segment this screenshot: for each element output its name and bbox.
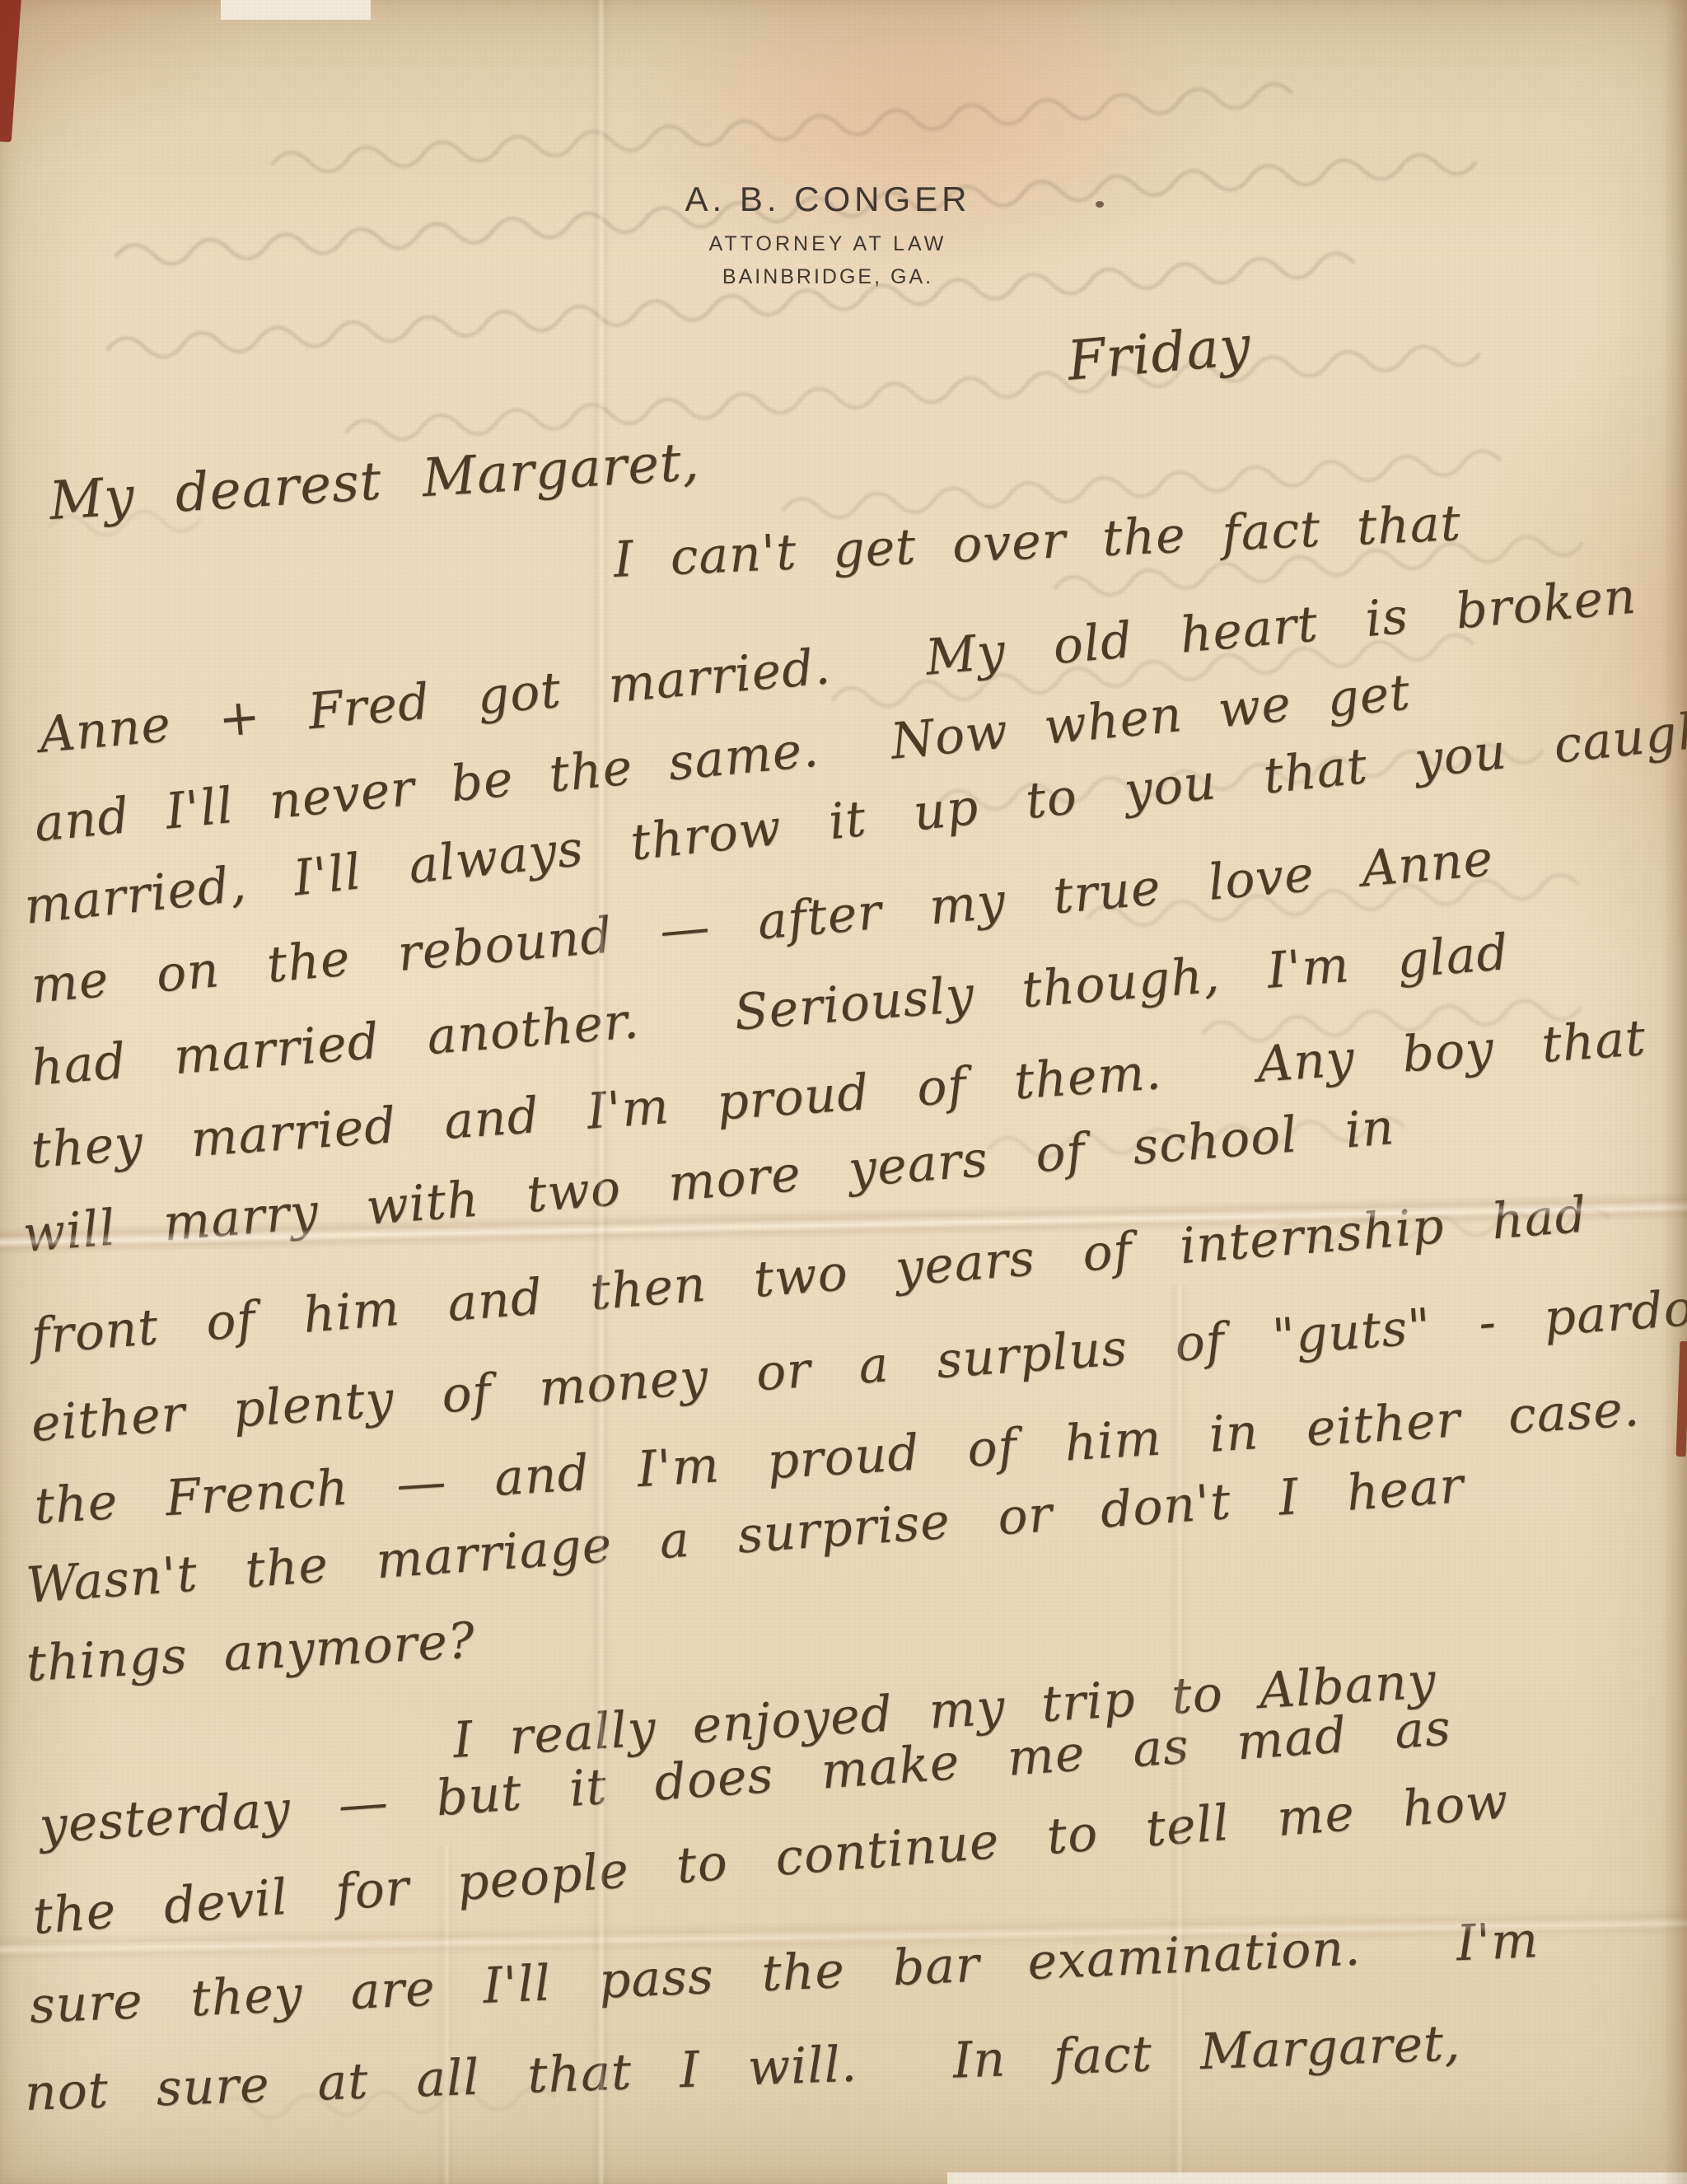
scan-edge-artifact [1676,1341,1687,1457]
letterhead-location: BAINBRIDGE, GA. [416,265,1240,289]
letterhead-title: ATTORNEY AT LAW [416,232,1240,256]
scan-edge-shadow [1662,0,1687,2184]
scan-edge-artifact [221,0,371,20]
date-line: Friday [1065,314,1254,393]
salutation: My dearest Margaret, [48,432,701,532]
scan-edge-artifact [0,0,21,143]
letter-line: sure they are I'll pass the bar examinat… [28,1911,1540,2035]
ink-dot [1096,201,1104,208]
letterhead: A. B. CONGER ATTORNEY AT LAW BAINBRIDGE,… [416,180,1240,289]
letter-line: things anymore? [25,1611,476,1692]
letter-line: I can't get over the fact that [612,494,1462,589]
scan-edge-artifact [947,2172,1687,2184]
scanned-letter-page: A. B. CONGER ATTORNEY AT LAW BAINBRIDGE,… [0,0,1687,2184]
letterhead-name: A. B. CONGER [416,180,1240,219]
letter-line: not sure at all that I will. In fact Mar… [24,2014,1461,2122]
